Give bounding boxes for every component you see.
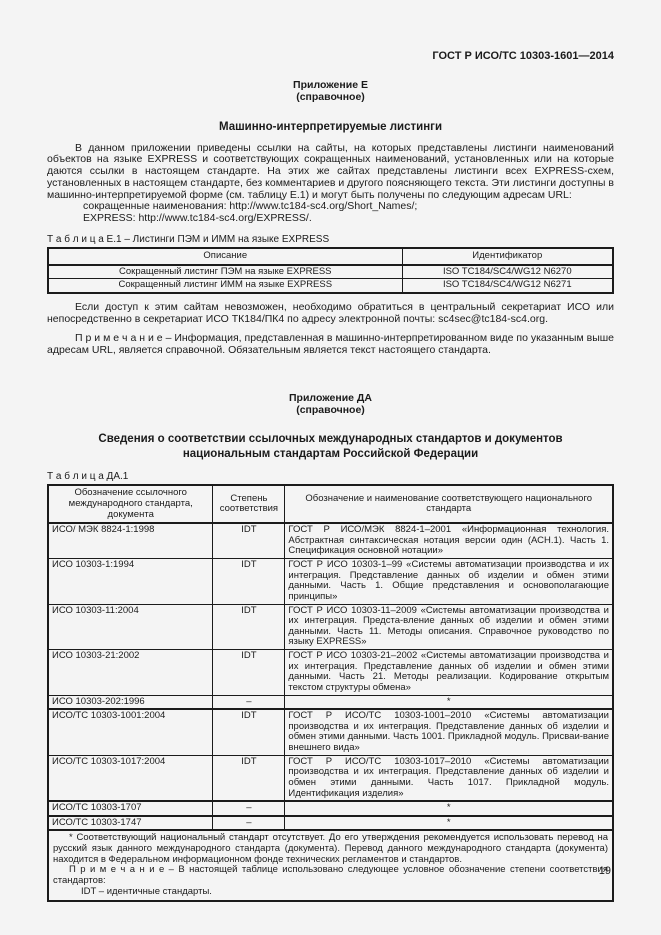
table-row: ИСО 10303-11:2004 IDT ГОСТ Р ИСО 10303-1… [48, 604, 613, 650]
degree-cell: IDT [213, 755, 285, 801]
national-standard-cell: ГОСТ Р ИСО/ТС 10303-1001–2010 «Системы а… [285, 709, 613, 755]
doc-number: ГОСТ Р ИСО/ТС 10303-1601—2014 [47, 50, 614, 62]
ref-standard-cell: ИСО 10303-21:2002 [48, 650, 213, 696]
degree-cell: – [213, 801, 285, 816]
footnote-star: * Соответствующий национальный стандарт … [53, 833, 608, 865]
ref-standard-cell: ИСО/ТС 10303-1747 [48, 816, 213, 831]
table-footnote-cell: * Соответствующий национальный стандарт … [48, 830, 613, 901]
table-da1: Обозначение ссылочного международного ст… [47, 484, 614, 902]
degree-cell: IDT [213, 650, 285, 696]
degree-cell: IDT [213, 559, 285, 605]
table-row: ИСО/ТС 10303-1017:2004 IDT ГОСТ Р ИСО/ТС… [48, 755, 613, 801]
ref-standard-cell: ИСО/ТС 10303-1001:2004 [48, 709, 213, 755]
footnote-idt: IDT – идентичные стандарты. [53, 887, 608, 898]
document-page: ГОСТ Р ИСО/ТС 10303-1601—2014 Приложение… [0, 0, 661, 935]
column-header-degree: Степень соответствия [213, 485, 285, 523]
national-standard-cell: ГОСТ Р ИСО/МЭК 8824-1–2001 «Информационн… [285, 523, 613, 558]
ref-standard-cell: ИСО/ТС 10303-1017:2004 [48, 755, 213, 801]
listing-description-cell: Сокращенный листинг ПЭМ на языке EXPRESS [48, 265, 402, 279]
table-row: ИСО 10303-202:1996 – * [48, 695, 613, 709]
degree-cell: IDT [213, 709, 285, 755]
degree-cell: – [213, 816, 285, 831]
listing-description-cell: Сокращенный листинг ИММ на языке EXPRESS [48, 279, 402, 293]
appendix-e-type: (справочное) [47, 92, 614, 104]
appendix-da-section: Приложение ДА (справочное) Сведения о со… [47, 393, 614, 902]
appendix-e-title: Машинно-интерпретируемые листинги [47, 121, 614, 135]
appendix-e-section: Приложение Е (справочное) Машинно-интерп… [47, 80, 614, 357]
degree-cell: – [213, 695, 285, 709]
ref-standard-cell: ИСО/ТС 10303-1707 [48, 801, 213, 816]
ref-standard-cell: ИСО 10303-202:1996 [48, 695, 213, 709]
national-standard-cell: ГОСТ Р ИСО 10303-11–2009 «Системы автома… [285, 604, 613, 650]
table-da1-header-row: Обозначение ссылочного международного ст… [48, 485, 613, 523]
national-standard-cell: * [285, 816, 613, 831]
table-row: ИСО/ТС 10303-1707 – * [48, 801, 613, 816]
access-note: Если доступ к этим сайтам невозможен, не… [47, 302, 614, 326]
table-row: ИСО/ МЭК 8824-1:1998 IDT ГОСТ Р ИСО/МЭК … [48, 523, 613, 558]
table-e1: Описание Идентификатор Сокращенный листи… [47, 247, 614, 294]
note-e: П р и м е ч а н и е – Информация, предст… [47, 333, 614, 357]
appendix-e-intro: В данном приложении приведены ссылки на … [47, 143, 614, 202]
table-footnote-row: * Соответствующий национальный стандарт … [48, 830, 613, 901]
table-row: ИСО 10303-1:1994 IDT ГОСТ Р ИСО 10303-1–… [48, 559, 613, 605]
table-row: ИСО/ТС 10303-1001:2004 IDT ГОСТ Р ИСО/ТС… [48, 709, 613, 755]
degree-cell: IDT [213, 523, 285, 558]
national-standard-cell: ГОСТ Р ИСО/ТС 10303-1017–2010 «Системы а… [285, 755, 613, 801]
listing-identifier-cell: ISO TC184/SC4/WG12 N6270 [402, 265, 613, 279]
table-e1-header-row: Описание Идентификатор [48, 248, 613, 265]
table-row: Сокращенный листинг ИММ на языке EXPRESS… [48, 279, 613, 293]
degree-cell: IDT [213, 604, 285, 650]
appendix-da-label: Приложение ДА [47, 393, 614, 405]
table-row: ИСО/ТС 10303-1747 – * [48, 816, 613, 831]
column-header-ref-standard: Обозначение ссылочного международного ст… [48, 485, 213, 523]
table-da1-caption: Т а б л и ц а ДА.1 [47, 471, 614, 482]
listing-identifier-cell: ISO TC184/SC4/WG12 N6271 [402, 279, 613, 293]
table-row: ИСО 10303-21:2002 IDT ГОСТ Р ИСО 10303-2… [48, 650, 613, 696]
appendix-da-type: (справочное) [47, 405, 614, 417]
ref-standard-cell: ИСО 10303-1:1994 [48, 559, 213, 605]
column-header-identifier: Идентификатор [402, 248, 613, 265]
url-express: EXPRESS: http://www.tc184-sc4.org/EXPRES… [47, 213, 614, 225]
column-header-description: Описание [48, 248, 402, 265]
table-e1-caption: Т а б л и ц а Е.1 – Листинги ПЭМ и ИММ н… [47, 234, 614, 245]
ref-standard-cell: ИСО 10303-11:2004 [48, 604, 213, 650]
national-standard-cell: * [285, 695, 613, 709]
footnote-note: П р и м е ч а н и е – В настоящей таблиц… [53, 865, 608, 886]
national-standard-cell: ГОСТ Р ИСО 10303-21–2002 «Системы автома… [285, 650, 613, 696]
page-number: 19 [599, 865, 611, 877]
column-header-national-standard: Обозначение и наименование соответствующ… [285, 485, 613, 523]
appendix-da-title: Сведения о соответствии ссылочных междун… [47, 432, 614, 461]
ref-standard-cell: ИСО/ МЭК 8824-1:1998 [48, 523, 213, 558]
table-row: Сокращенный листинг ПЭМ на языке EXPRESS… [48, 265, 613, 279]
national-standard-cell: * [285, 801, 613, 816]
national-standard-cell: ГОСТ Р ИСО 10303-1–99 «Системы автоматиз… [285, 559, 613, 605]
